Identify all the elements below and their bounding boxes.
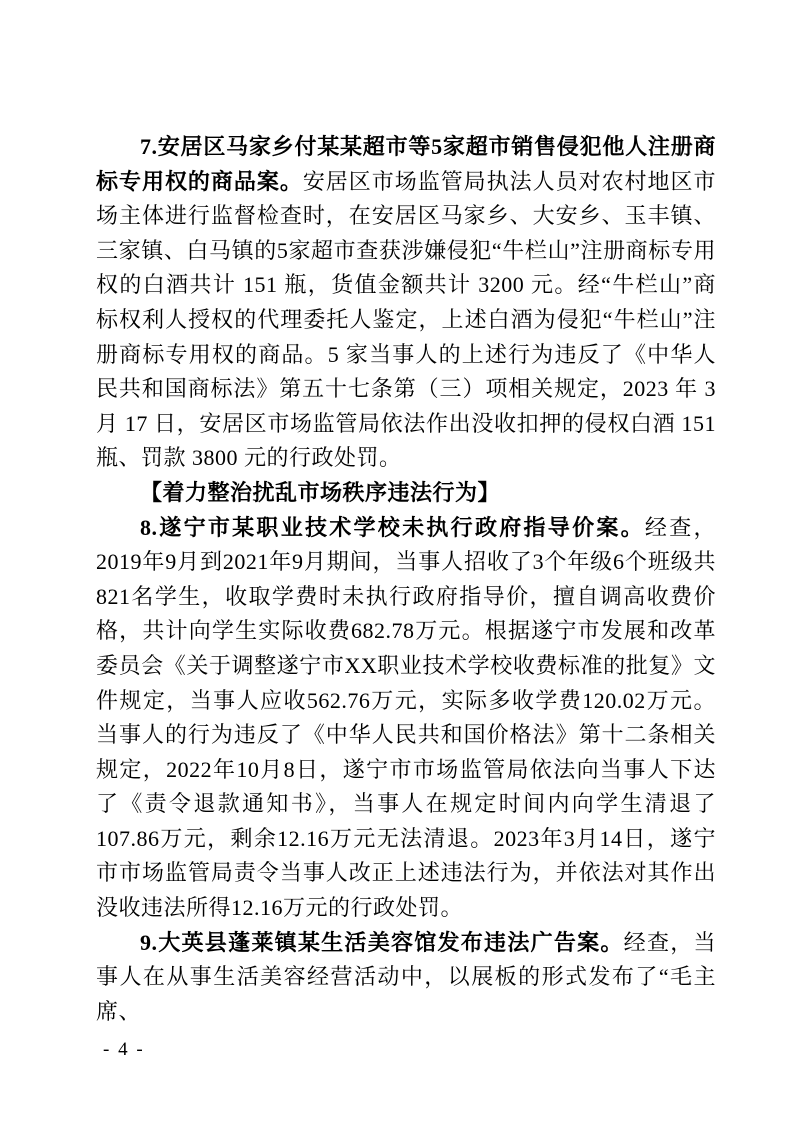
- case-9-title: 9.大英县蓬莱镇某生活美容馆发布违法广告案。: [140, 930, 624, 955]
- case-7-paragraph: 7.安居区马家乡付某某超市等5家超市销售侵犯他人注册商标专用权的商品案。安居区市…: [96, 130, 716, 476]
- case-8-paragraph: 8.遂宁市某职业技术学校未执行政府指导价案。经查，2019年9月到2021年9月…: [96, 511, 716, 926]
- page-number: - 4 -: [103, 1036, 145, 1064]
- document-page: 7.安居区马家乡付某某超市等5家超市销售侵犯他人注册商标专用权的商品案。安居区市…: [0, 0, 793, 1122]
- case-7-body: 安居区市场监管局执法人员对农村地区市场主体进行监督检查时，在安居区马家乡、大安乡…: [96, 169, 716, 471]
- section-heading-market-order: 【着力整治扰乱市场秩序违法行为】: [96, 476, 716, 511]
- case-9-paragraph: 9.大英县蓬莱镇某生活美容馆发布违法广告案。经查，当事人在从事生活美容经营活动中…: [96, 926, 716, 1030]
- document-body: 7.安居区马家乡付某某超市等5家超市销售侵犯他人注册商标专用权的商品案。安居区市…: [96, 130, 716, 1029]
- case-8-title: 8.遂宁市某职业技术学校未执行政府指导价案。: [140, 515, 645, 540]
- case-8-body: 经查，2019年9月到2021年9月期间，当事人招收了3个年级6个班级共821名…: [96, 515, 716, 921]
